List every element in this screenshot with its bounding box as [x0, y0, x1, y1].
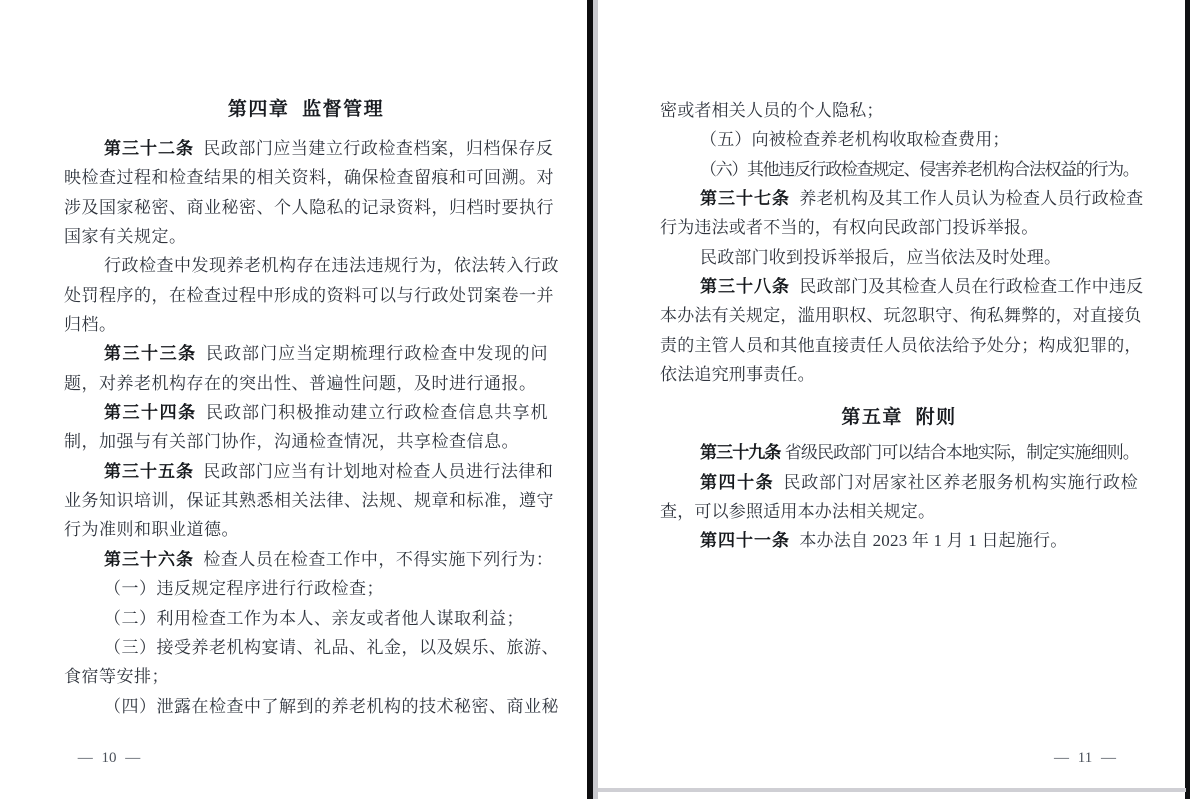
text-line: 第三十二条民政部门应当建立行政检查档案，归档保存反 — [64, 134, 548, 163]
text-line: （三）接受养老机构宴请、礼品、礼金，以及娱乐、旅游、 — [64, 633, 548, 662]
text-line: （五）向被检查养老机构收取检查费用； — [660, 125, 1138, 154]
text-line: 处罚程序的，在检查过程中形成的资料可以与行政处罚案卷一并 — [64, 281, 548, 310]
text-line: （四）泄露在检查中了解到的养老机构的技术秘密、商业秘 — [64, 692, 548, 721]
text-line: 业务知识培训，保证其熟悉相关法律、法规、规章和标准，遵守 — [64, 486, 548, 515]
article-number: 第四十条 — [700, 473, 774, 492]
text-line: 查，可以参照适用本办法相关规定。 — [660, 497, 1138, 526]
article-number: 第三十六条 — [104, 550, 194, 569]
text-line: 行为违法或者不当的，有权向民政部门投诉举报。 — [660, 213, 1138, 242]
right-page-body-bottom: 第三十九条省级民政部门可以结合本地实际，制定实施细则。第四十条民政部门对居家社区… — [660, 438, 1138, 555]
text-line: 依法追究刑事责任。 — [660, 360, 1138, 389]
page-bottom-edge-shadow — [598, 788, 1186, 792]
text-line: 第四十条民政部门对居家社区养老服务机构实施行政检 — [660, 468, 1138, 497]
text-line: 映检查过程和检查结果的相关资料，确保检查留痕和可回溯。对 — [64, 163, 548, 192]
article-number: 第四十一条 — [700, 531, 790, 550]
page-spine-shadow — [593, 0, 598, 799]
right-page: 密或者相关人员的个人隐私；（五）向被检查养老机构收取检查费用；（六）其他违反行政… — [660, 0, 1138, 556]
text-line: （六）其他违反行政检查规定、侵害养老机构合法权益的行为。 — [660, 155, 1138, 184]
right-page-body-top: 密或者相关人员的个人隐私；（五）向被检查养老机构收取检查费用；（六）其他违反行政… — [660, 96, 1138, 389]
text-line: 第三十四条民政部门积极推动建立行政检查信息共享机 — [64, 398, 548, 427]
text-line: 第三十五条民政部门应当有计划地对检查人员进行法律和 — [64, 457, 548, 486]
text-line: （二）利用检查工作为本人、亲友或者他人谋取利益； — [64, 604, 548, 633]
article-number: 第三十七条 — [700, 189, 790, 208]
article-number: 第三十九条 — [700, 443, 781, 462]
text-line: 第四十一条本办法自 2023 年 1 月 1 日起施行。 — [660, 526, 1138, 555]
article-number: 第三十五条 — [104, 462, 194, 481]
chapter-heading: 第四章 监督管理 — [64, 97, 548, 123]
scan-right-edge — [1185, 0, 1190, 799]
text-line: 行为准则和职业道德。 — [64, 515, 548, 544]
text-line: 食宿等安排； — [64, 662, 548, 691]
text-line: 题，对养老机构存在的突出性、普遍性问题，及时进行通报。 — [64, 369, 548, 398]
text-line: 第三十八条民政部门及其检查人员在行政检查工作中违反 — [660, 272, 1138, 301]
text-line: 国家有关规定。 — [64, 222, 548, 251]
text-line: 第三十七条养老机构及其工作人员认为检查人员行政检查 — [660, 184, 1138, 213]
text-line: 第三十三条民政部门应当定期梳理行政检查中发现的问 — [64, 339, 548, 368]
text-line: （一）违反规定程序进行行政检查； — [64, 574, 548, 603]
article-number: 第三十四条 — [104, 403, 197, 422]
text-line: 制，加强与有关部门协作，沟通检查情况，共享检查信息。 — [64, 427, 548, 456]
left-page: 第四章 监督管理 第三十二条民政部门应当建立行政检查档案，归档保存反映检查过程和… — [64, 0, 548, 721]
text-line: 第三十六条检查人员在检查工作中，不得实施下列行为： — [64, 545, 548, 574]
text-line: 密或者相关人员的个人隐私； — [660, 96, 1138, 125]
article-number: 第三十三条 — [104, 344, 197, 363]
text-line: 本办法有关规定，滥用职权、玩忽职守、徇私舞弊的，对直接负 — [660, 301, 1138, 330]
text-line: 涉及国家秘密、商业秘密、个人隐私的记录资料，归档时要执行 — [64, 193, 548, 222]
text-line: 民政部门收到投诉举报后，应当依法及时处理。 — [660, 243, 1138, 272]
left-page-body: 第三十二条民政部门应当建立行政检查档案，归档保存反映检查过程和检查结果的相关资料… — [64, 134, 548, 721]
text-line: 行政检查中发现养老机构存在违法违规行为，依法转入行政 — [64, 251, 548, 280]
text-line: 第三十九条省级民政部门可以结合本地实际，制定实施细则。 — [660, 438, 1138, 467]
text-line: 责的主管人员和其他直接责任人员依法给予处分；构成犯罪的， — [660, 331, 1138, 360]
article-number: 第三十二条 — [104, 139, 194, 158]
text-line: 归档。 — [64, 310, 548, 339]
article-number: 第三十八条 — [700, 277, 790, 296]
page-number: — 10 — — [64, 750, 154, 767]
page-number: — 11 — — [1040, 750, 1130, 767]
chapter-heading: 第五章 附则 — [660, 403, 1138, 432]
